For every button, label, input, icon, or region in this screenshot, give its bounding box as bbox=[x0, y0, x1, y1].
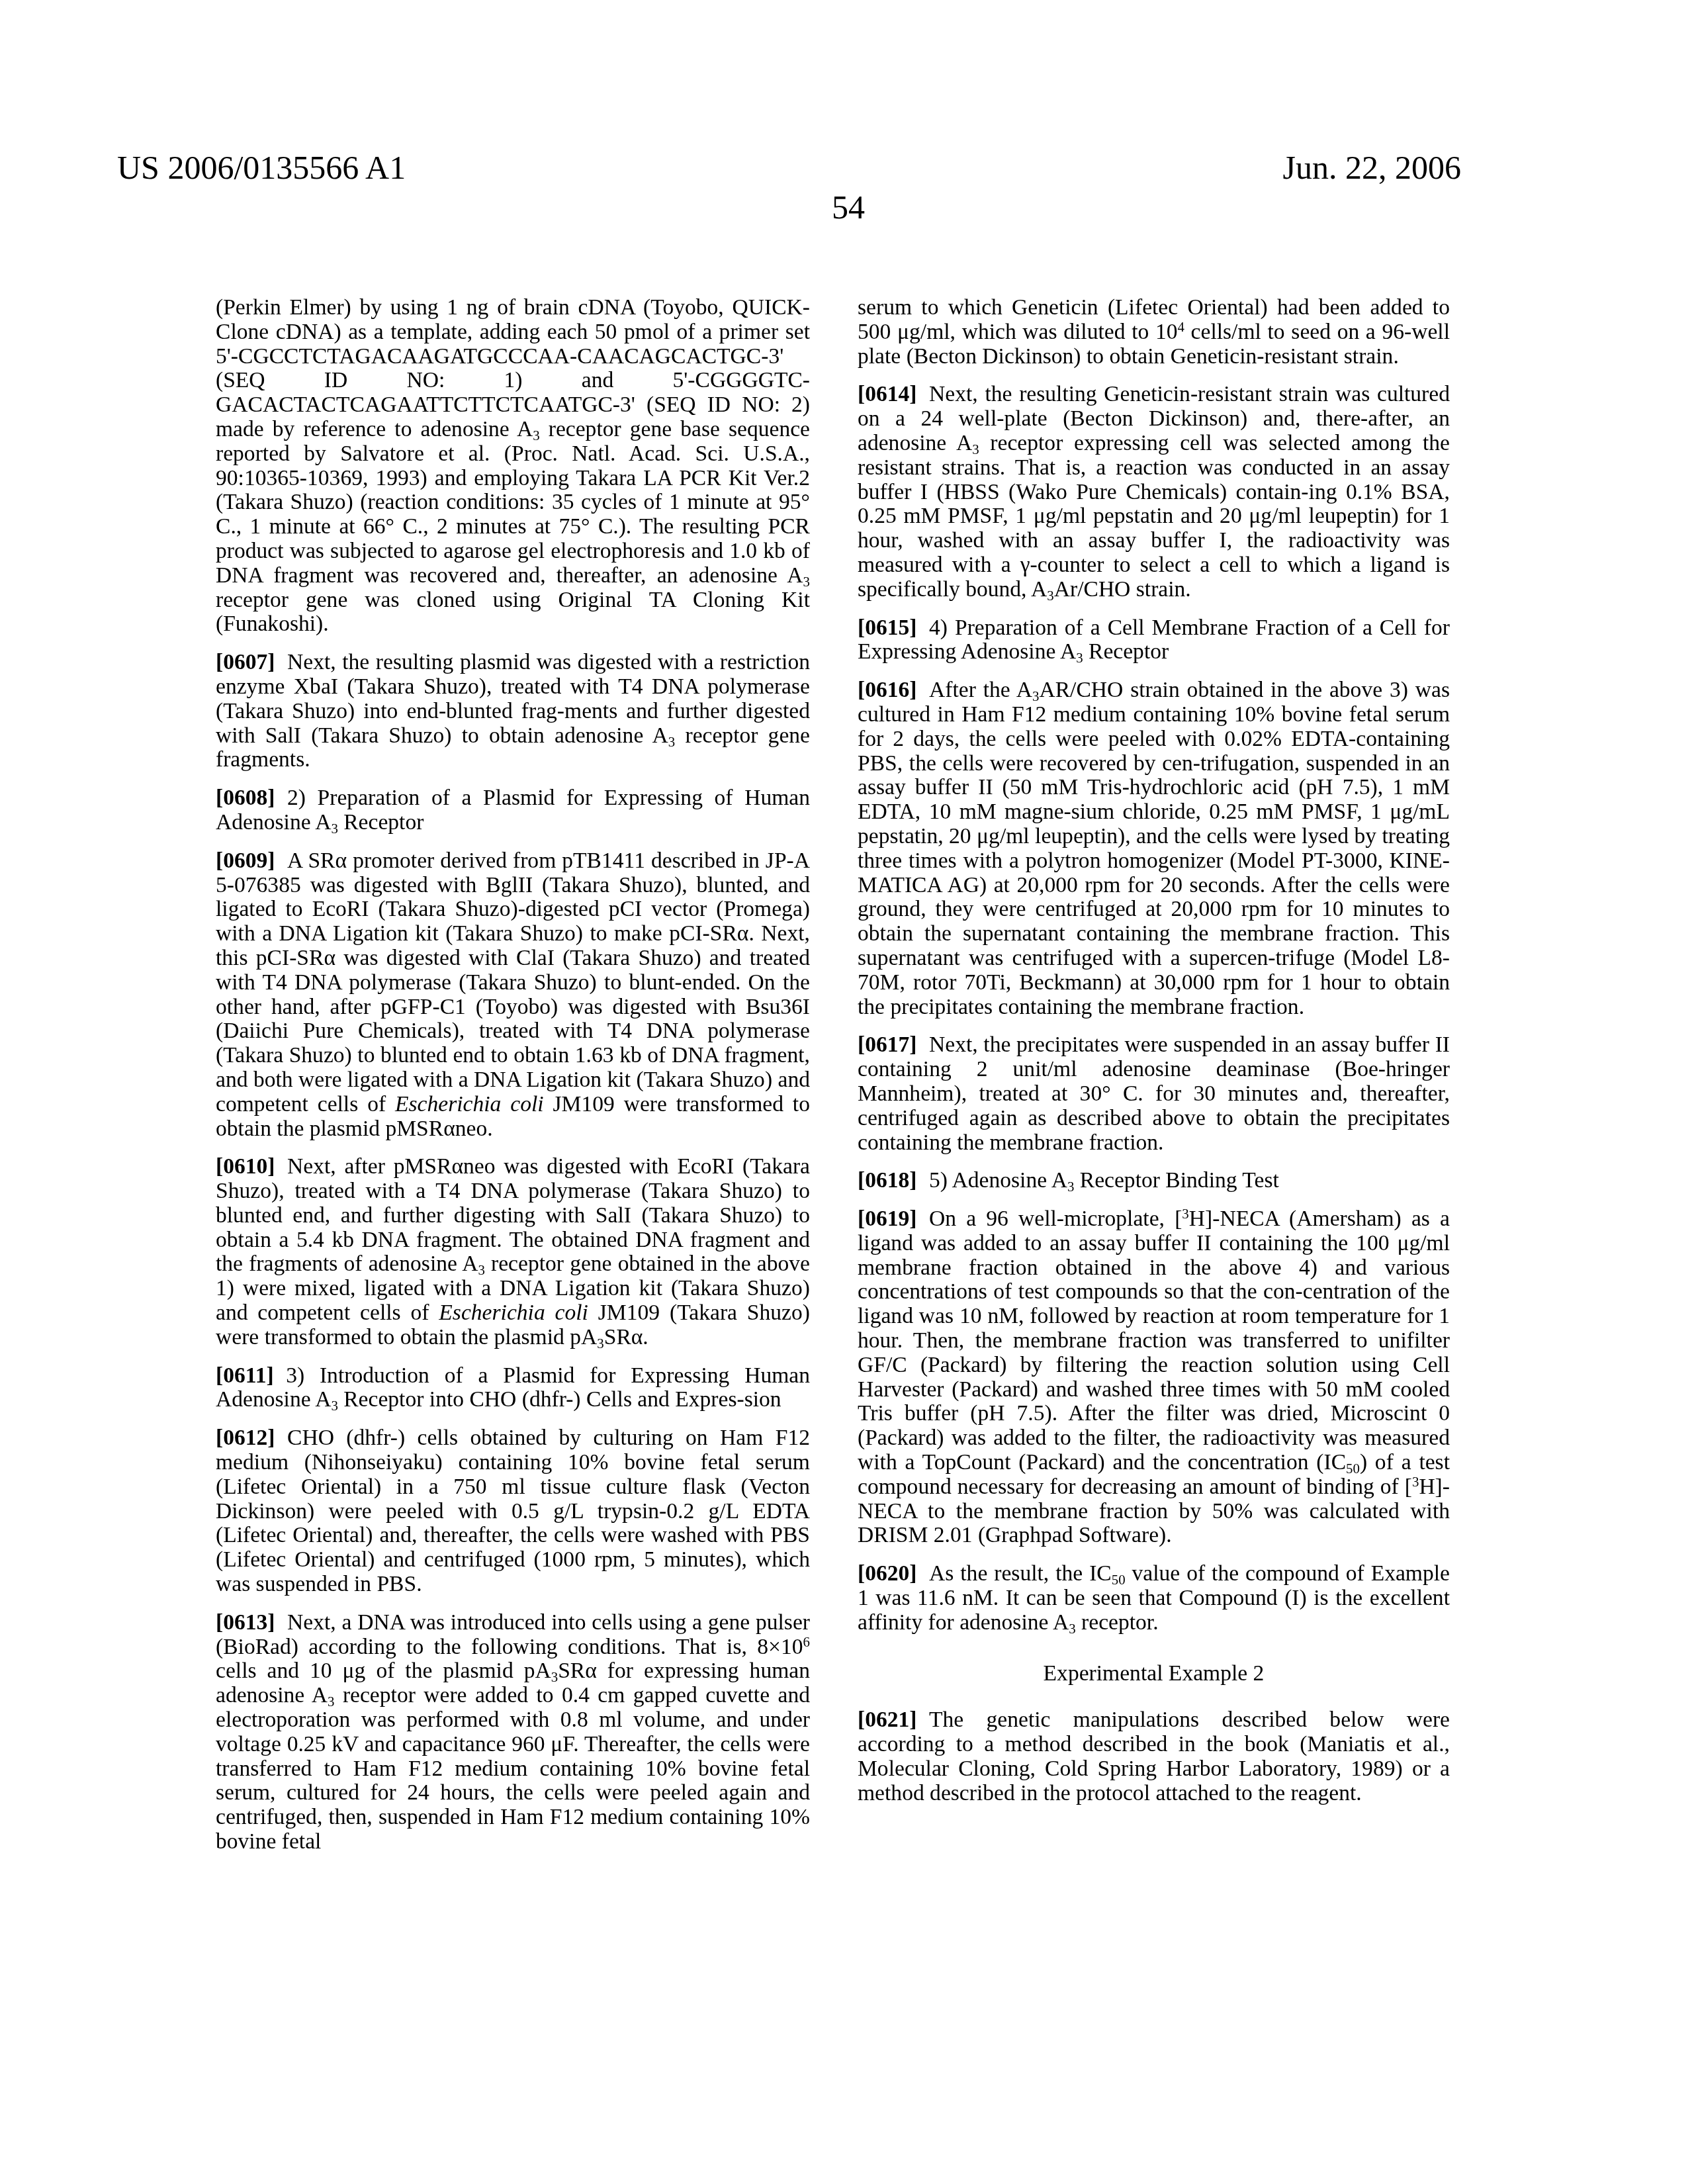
paragraph-0611: [0611]3) Introduction of a Plasmid for E… bbox=[216, 1364, 810, 1413]
paragraph-0620: [0620]As the result, the IC50 value of t… bbox=[858, 1562, 1450, 1635]
paragraph-number: [0610] bbox=[216, 1154, 275, 1179]
paragraph-number: [0612] bbox=[216, 1426, 275, 1450]
publication-number: US 2006/0135566 A1 bbox=[117, 151, 406, 184]
paragraph-number: [0608] bbox=[216, 786, 275, 810]
paragraph-number: [0619] bbox=[858, 1206, 917, 1231]
paragraph-continued: (Perkin Elmer) by using 1 ng of brain cD… bbox=[216, 296, 810, 637]
paragraph-0617: [0617]Next, the precipitates were suspen… bbox=[858, 1033, 1450, 1155]
paragraph-number: [0615] bbox=[858, 615, 917, 640]
publication-date: Jun. 22, 2006 bbox=[1283, 151, 1461, 184]
section-heading: Experimental Example 2 bbox=[858, 1662, 1450, 1686]
paragraph-0613: [0613]Next, a DNA was introduced into ce… bbox=[216, 1611, 810, 1854]
paragraph-number: [0611] bbox=[216, 1363, 274, 1388]
paragraph-number: [0607] bbox=[216, 650, 275, 674]
paragraph-0607: [0607]Next, the resulting plasmid was di… bbox=[216, 651, 810, 772]
paragraph-continued: serum to which Geneticin (Lifetec Orient… bbox=[858, 296, 1450, 369]
paragraph-number: [0620] bbox=[858, 1561, 917, 1586]
paragraph-0614: [0614]Next, the resulting Geneticin-resi… bbox=[858, 383, 1450, 602]
paragraph-0608: [0608]2) Preparation of a Plasmid for Ex… bbox=[216, 786, 810, 835]
paragraph-0618: [0618]5) Adenosine A3 Receptor Binding T… bbox=[858, 1169, 1450, 1193]
left-column: (Perkin Elmer) by using 1 ng of brain cD… bbox=[216, 296, 810, 1868]
right-column: serum to which Geneticin (Lifetec Orient… bbox=[858, 296, 1450, 1820]
paragraph-number: [0621] bbox=[858, 1707, 917, 1732]
paragraph-0610: [0610]Next, after pMSRαneo was digested … bbox=[216, 1155, 810, 1349]
paragraph-number: [0617] bbox=[858, 1032, 917, 1057]
paragraph-number: [0613] bbox=[216, 1610, 275, 1635]
page-number: 54 bbox=[0, 191, 1694, 224]
paragraph-0615: [0615]4) Preparation of a Cell Membrane … bbox=[858, 616, 1450, 665]
paragraph-0612: [0612]CHO (dhfr-) cells obtained by cult… bbox=[216, 1426, 810, 1597]
paragraph-number: [0618] bbox=[858, 1168, 917, 1193]
paragraph-0609: [0609]A SRα promoter derived from pTB141… bbox=[216, 849, 810, 1142]
paragraph-0621: [0621]The genetic manipulations describe… bbox=[858, 1708, 1450, 1805]
paragraph-number: [0616] bbox=[858, 678, 917, 702]
paragraph-0619: [0619]On a 96 well-microplate, [3H]-NECA… bbox=[858, 1207, 1450, 1548]
paragraph-number: [0609] bbox=[216, 848, 275, 873]
paragraph-number: [0614] bbox=[858, 382, 917, 406]
paragraph-0616: [0616]After the A3AR/CHO strain obtained… bbox=[858, 678, 1450, 1019]
